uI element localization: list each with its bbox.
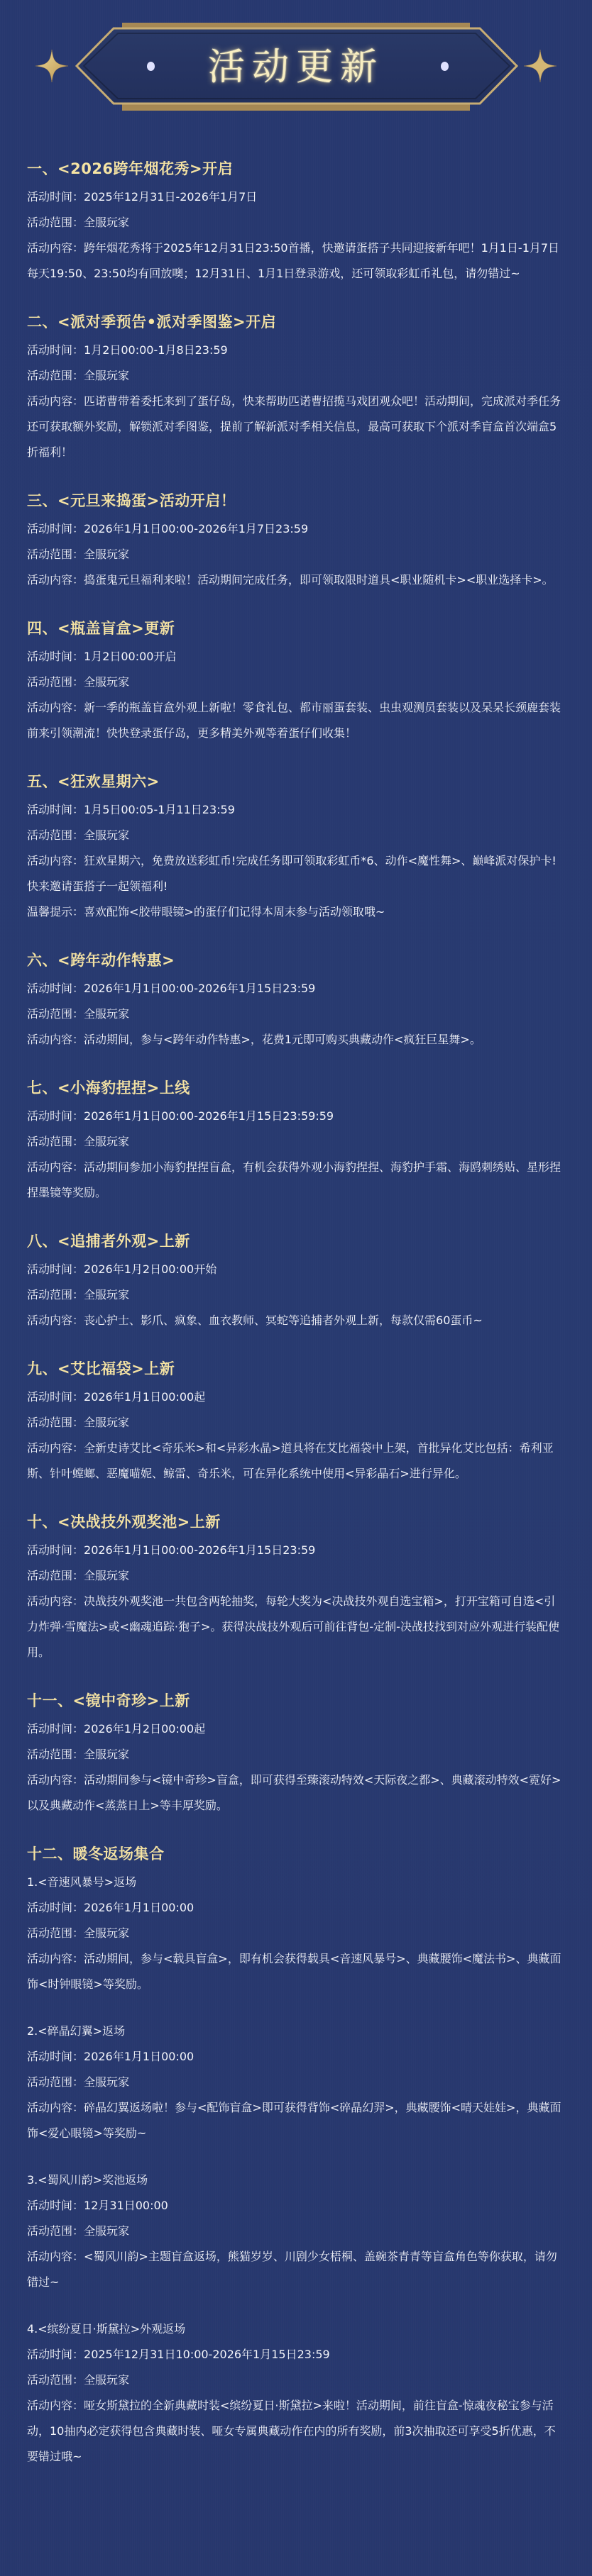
time-label: 活动时间：: [27, 2348, 84, 2361]
time-value: 1月5日00:05-1月11日23:59: [84, 803, 235, 816]
return-item-title: 3.<蜀风川韵>奖池返场: [27, 2167, 565, 2193]
scope-label: 活动范围：: [27, 2075, 84, 2089]
content-label: 活动内容：: [27, 854, 84, 867]
scope-row: 活动范围：全服玩家: [27, 2367, 565, 2393]
section-title: 一、<2026跨年烟花秀>开启: [27, 159, 565, 179]
content-value: 全新史诗艾比<奇乐米>和<异彩水晶>道具将在艾比福袋中上架，首批异化艾比包括：希…: [27, 1441, 554, 1480]
scope-row: 活动范围：全服玩家: [27, 1563, 565, 1589]
content-row: 活动内容：活动期间参与<镜中奇珍>盲盒，即可获得至臻滚动特效<天际夜之都>、典藏…: [27, 1767, 565, 1819]
time-row: 活动时间：2026年1月1日00:00-2026年1月15日23:59: [27, 976, 565, 1001]
scope-label: 活动范围：: [27, 1569, 84, 1582]
section-carnival-saturday: 五、<狂欢星期六> 活动时间：1月5日00:05-1月11日23:59 活动范围…: [27, 772, 565, 925]
section-title: 五、<狂欢星期六>: [27, 772, 565, 792]
section-title: 七、<小海豹捏捏>上线: [27, 1078, 565, 1098]
content-value: 活动期间，参与<跨年动作特惠>，花费1元即可购买典藏动作<疯狂巨星舞>。: [84, 1033, 481, 1046]
time-row: 活动时间：2025年12月31日-2026年1月7日: [27, 184, 565, 210]
content-label: 活动内容：: [27, 1160, 84, 1174]
time-value: 12月31日00:00: [84, 2199, 168, 2212]
content-row: 活动内容：哑女斯黛拉的全新典藏时装<缤纷夏日·斯黛拉>来啦！活动期间，前往盲盒-…: [27, 2393, 565, 2470]
section-new-year-emote-sale: 六、<跨年动作特惠> 活动时间：2026年1月1日00:00-2026年1月15…: [27, 950, 565, 1053]
content-value: 碎晶幻翼返场啦！参与<配饰盲盒>即可获得背饰<碎晶幻羿>，典藏腰饰<晴天娃娃>，…: [27, 2101, 561, 2140]
content-label: 活动内容：: [27, 1952, 84, 1965]
content-label: 活动内容：: [27, 394, 84, 408]
scope-label: 活动范围：: [27, 1416, 84, 1429]
content-row: 活动内容：新一季的瓶盖盲盒外观上新啦！零食礼包、都市丽蛋套装、虫虫观测员套装以及…: [27, 695, 565, 746]
time-row: 活动时间：12月31日00:00: [27, 2193, 565, 2219]
time-label: 活动时间：: [27, 803, 84, 816]
scope-value: 全服玩家: [84, 2373, 129, 2387]
scope-value: 全服玩家: [84, 2224, 129, 2238]
content-label: 活动内容：: [27, 1773, 84, 1787]
time-label: 活动时间：: [27, 2199, 84, 2212]
section-title: 四、<瓶盖盲盒>更新: [27, 618, 565, 638]
section-fireworks: 一、<2026跨年烟花秀>开启 活动时间：2025年12月31日-2026年1月…: [27, 159, 565, 287]
section-party-season: 二、<派对季预告•派对季图鉴>开启 活动时间：1月2日00:00-1月8日23:…: [27, 312, 565, 465]
content-row: 活动内容：跨年烟花秀将于2025年12月31日23:50首播，快邀请蛋搭子共同迎…: [27, 235, 565, 287]
time-value: 1月2日00:00-1月8日23:59: [84, 343, 228, 357]
section-title: 二、<派对季预告•派对季图鉴>开启: [27, 312, 565, 332]
time-row: 活动时间：2026年1月1日00:00-2026年1月7日23:59: [27, 516, 565, 542]
scope-label: 活动范围：: [27, 675, 84, 689]
time-row: 活动时间：1月2日00:00-1月8日23:59: [27, 338, 565, 363]
content-row: 活动内容：决战技外观奖池一共包含两轮抽奖，每轮大奖为<决战技外观自选宝箱>，打开…: [27, 1589, 565, 1665]
time-value: 2026年1月2日00:00起: [84, 1722, 205, 1736]
content-row: 活动内容：活动期间，参与<载具盲盒>，即有机会获得载具<音速风暴号>、典藏腰饰<…: [27, 1946, 565, 1997]
scope-value: 全服玩家: [84, 675, 129, 689]
time-label: 活动时间：: [27, 1543, 84, 1557]
time-value: 2026年1月1日00:00-2026年1月15日23:59:59: [84, 1109, 334, 1123]
return-item-stella: 4.<缤纷夏日·斯黛拉>外观返场 活动时间：2025年12月31日10:00-2…: [27, 2316, 565, 2470]
scope-row: 活动范围：全服玩家: [27, 823, 565, 848]
scope-label: 活动范围：: [27, 1288, 84, 1301]
section-bottlecap-blindbox: 四、<瓶盖盲盒>更新 活动时间：1月2日00:00开启 活动范围：全服玩家 活动…: [27, 618, 565, 746]
content-row: 活动内容：捣蛋鬼元旦福利来啦！活动期间完成任务，即可领取限时道具<职业随机卡><…: [27, 567, 565, 593]
time-label: 活动时间：: [27, 1262, 84, 1276]
time-row: 活动时间：2026年1月1日00:00-2026年1月15日23:59:59: [27, 1104, 565, 1129]
content-row: 活动内容：全新史诗艾比<奇乐米>和<异彩水晶>道具将在艾比福袋中上架，首批异化艾…: [27, 1436, 565, 1487]
content-label: 活动内容：: [27, 573, 84, 587]
scope-value: 全服玩家: [84, 1748, 129, 1761]
time-row: 活动时间：2026年1月2日00:00开始: [27, 1257, 565, 1282]
scope-value: 全服玩家: [84, 548, 129, 561]
time-value: 2026年1月1日00:00起: [84, 1390, 205, 1404]
scope-row: 活动范围：全服玩家: [27, 1921, 565, 1946]
return-item-shu-style: 3.<蜀风川韵>奖池返场 活动时间：12月31日00:00 活动范围：全服玩家 …: [27, 2167, 565, 2295]
time-row: 活动时间：1月5日00:05-1月11日23:59: [27, 797, 565, 823]
scope-label: 活动范围：: [27, 1135, 84, 1148]
scope-value: 全服玩家: [84, 2075, 129, 2089]
return-item-title: 4.<缤纷夏日·斯黛拉>外观返场: [27, 2316, 565, 2342]
content-label: 活动内容：: [27, 701, 84, 714]
scope-value: 全服玩家: [84, 828, 129, 842]
scope-row: 活动范围：全服玩家: [27, 670, 565, 695]
time-label: 活动时间：: [27, 1722, 84, 1736]
scope-row: 活动范围：全服玩家: [27, 1742, 565, 1767]
scope-label: 活动范围：: [27, 1007, 84, 1021]
time-row: 活动时间：2026年1月1日00:00-2026年1月15日23:59: [27, 1538, 565, 1563]
content-value: 狂欢星期六，免费放送彩虹币!完成任务即可领取彩虹币*6、动作<魔性舞>、巅峰派对…: [27, 854, 557, 893]
section-title: 八、<追捕者外观>上新: [27, 1231, 565, 1251]
section-hunter-skins: 八、<追捕者外观>上新 活动时间：2026年1月2日00:00开始 活动范围：全…: [27, 1231, 565, 1333]
section-winter-returns: 十二、暖冬返场集合 1.<音速风暴号>返场 活动时间：2026年1月1日00:0…: [27, 1844, 565, 2470]
time-row: 活动时间：2026年1月1日00:00: [27, 2044, 565, 2070]
scope-value: 全服玩家: [84, 1135, 129, 1148]
time-label: 活动时间：: [27, 2050, 84, 2063]
time-row: 活动时间：2025年12月31日10:00-2026年1月15日23:59: [27, 2342, 565, 2367]
time-value: 2026年1月1日00:00-2026年1月7日23:59: [84, 522, 308, 535]
time-row: 活动时间：2026年1月2日00:00起: [27, 1716, 565, 1742]
content-row: 活动内容：碎晶幻翼返场啦！参与<配饰盲盒>即可获得背饰<碎晶幻羿>，典藏腰饰<晴…: [27, 2095, 565, 2146]
time-label: 活动时间：: [27, 343, 84, 357]
content-row: 活动内容：匹诺曹带着委托来到了蛋仔岛，快来帮助匹诺曹招揽马戏团观众吧！活动期间，…: [27, 389, 565, 465]
scope-row: 活动范围：全服玩家: [27, 1282, 565, 1308]
content-value: 哑女斯黛拉的全新典藏时装<缤纷夏日·斯黛拉>来啦！活动期间，前往盲盒-惊魂夜秘宝…: [27, 2399, 556, 2463]
return-item-title: 1.<音速风暴号>返场: [27, 1870, 565, 1895]
section-seal-squish: 七、<小海豹捏捏>上线 活动时间：2026年1月1日00:00-2026年1月1…: [27, 1078, 565, 1206]
time-label: 活动时间：: [27, 650, 84, 663]
scope-row: 活动范围：全服玩家: [27, 2219, 565, 2244]
content-label: 活动内容：: [27, 1441, 84, 1455]
section-mirror-treasures: 十一、<镜中奇珍>上新 活动时间：2026年1月2日00:00起 活动范围：全服…: [27, 1691, 565, 1819]
section-new-year-prank: 三、<元旦来捣蛋>活动开启！ 活动时间：2026年1月1日00:00-2026年…: [27, 491, 565, 593]
section-aibi-lucky-bag: 九、<艾比福袋>上新 活动时间：2026年1月1日00:00起 活动范围：全服玩…: [27, 1359, 565, 1487]
content-label: 活动内容：: [27, 2250, 84, 2263]
scope-value: 全服玩家: [84, 1926, 129, 1940]
time-row: 活动时间：1月2日00:00开启: [27, 644, 565, 670]
scope-label: 活动范围：: [27, 2373, 84, 2387]
time-value: 1月2日00:00开启: [84, 650, 176, 663]
section-title: 十一、<镜中奇珍>上新: [27, 1691, 565, 1711]
section-finisher-prize-pool: 十、<决战技外观奖池>上新 活动时间：2026年1月1日00:00-2026年1…: [27, 1512, 565, 1665]
scope-row: 活动范围：全服玩家: [27, 542, 565, 567]
scope-row: 活动范围：全服玩家: [27, 2070, 565, 2095]
time-label: 活动时间：: [27, 522, 84, 535]
content-value: 活动期间参加小海豹捏捏盲盒，有机会获得外观小海豹捏捏、海豹护手霜、海鸥刺绣贴、星…: [27, 1160, 561, 1199]
time-label: 活动时间：: [27, 1109, 84, 1123]
scope-label: 活动范围：: [27, 216, 84, 229]
section-title: 三、<元旦来捣蛋>活动开启！: [27, 491, 565, 511]
content-row: 活动内容：<蜀风川韵>主题盲盒返场，熊猫岁岁、川剧少女梧桐、盖碗茶青青等盲盒角色…: [27, 2244, 565, 2295]
scope-label: 活动范围：: [27, 828, 84, 842]
time-value: 2025年12月31日10:00-2026年1月15日23:59: [84, 2348, 330, 2361]
time-value: 2026年1月1日00:00: [84, 2050, 194, 2063]
tip-label: 温馨提示：: [27, 905, 84, 918]
content-value: 活动期间参与<镜中奇珍>盲盒，即可获得至臻滚动特效<天际夜之都>、典藏滚动特效<…: [27, 1773, 561, 1812]
time-label: 活动时间：: [27, 1901, 84, 1914]
scope-value: 全服玩家: [84, 1569, 129, 1582]
content-value: 活动期间，参与<载具盲盒>，即有机会获得载具<音速风暴号>、典藏腰饰<魔法书>、…: [27, 1952, 561, 1991]
content-label: 活动内容：: [27, 241, 84, 255]
tip-value: 喜欢配饰<胶带眼镜>的蛋仔们记得本周末参与活动领取哦~: [84, 905, 385, 918]
content-value: 新一季的瓶盖盲盒外观上新啦！零食礼包、都市丽蛋套装、虫虫观测员套装以及呆呆长颈鹿…: [27, 701, 561, 740]
time-value: 2026年1月1日00:00-2026年1月15日23:59: [84, 1543, 315, 1557]
banner: 活动更新: [0, 0, 592, 135]
time-value: 2026年1月2日00:00开始: [84, 1262, 216, 1276]
return-item-shattered-wings: 2.<碎晶幻翼>返场 活动时间：2026年1月1日00:00 活动范围：全服玩家…: [27, 2019, 565, 2146]
scope-row: 活动范围：全服玩家: [27, 1001, 565, 1027]
content-label: 活动内容：: [27, 1594, 84, 1608]
section-title: 十二、暖冬返场集合: [27, 1844, 565, 1864]
scope-value: 全服玩家: [84, 1416, 129, 1429]
time-value: 2025年12月31日-2026年1月7日: [84, 190, 257, 204]
content-row: 活动内容：活动期间参加小海豹捏捏盲盒，有机会获得外观小海豹捏捏、海豹护手霜、海鸥…: [27, 1155, 565, 1206]
page-title: 活动更新: [0, 37, 592, 90]
content-value: 捣蛋鬼元旦福利来啦！活动期间完成任务，即可领取限时道具<职业随机卡><职业选择卡…: [84, 573, 554, 587]
scope-label: 活动范围：: [27, 2224, 84, 2238]
time-label: 活动时间：: [27, 1390, 84, 1404]
content-value: <蜀风川韵>主题盲盒返场，熊猫岁岁、川剧少女梧桐、盖碗茶青青等盲盒角色等你获取，…: [27, 2250, 557, 2289]
scope-row: 活动范围：全服玩家: [27, 1410, 565, 1436]
return-item-sonic-storm: 1.<音速风暴号>返场 活动时间：2026年1月1日00:00 活动范围：全服玩…: [27, 1870, 565, 1997]
scope-value: 全服玩家: [84, 216, 129, 229]
scope-row: 活动范围：全服玩家: [27, 1129, 565, 1155]
section-title: 六、<跨年动作特惠>: [27, 950, 565, 970]
scope-row: 活动范围：全服玩家: [27, 210, 565, 235]
content-value: 跨年烟花秀将于2025年12月31日23:50首播，快邀请蛋搭子共同迎接新年吧！…: [27, 241, 559, 280]
time-value: 2026年1月1日00:00: [84, 1901, 194, 1914]
content-value: 匹诺曹带着委托来到了蛋仔岛，快来帮助匹诺曹招揽马戏团观众吧！活动期间，完成派对季…: [27, 394, 561, 459]
time-row: 活动时间：2026年1月1日00:00: [27, 1895, 565, 1921]
content-row: 活动内容：活动期间，参与<跨年动作特惠>，花费1元即可购买典藏动作<疯狂巨星舞>…: [27, 1027, 565, 1053]
content-row: 活动内容：狂欢星期六，免费放送彩虹币!完成任务即可领取彩虹币*6、动作<魔性舞>…: [27, 848, 565, 899]
content-label: 活动内容：: [27, 1033, 84, 1046]
content-value: 决战技外观奖池一共包含两轮抽奖，每轮大奖为<决战技外观自选宝箱>，打开宝箱可自选…: [27, 1594, 559, 1659]
time-value: 2026年1月1日00:00-2026年1月15日23:59: [84, 982, 315, 995]
time-label: 活动时间：: [27, 190, 84, 204]
tip-row: 温馨提示：喜欢配饰<胶带眼镜>的蛋仔们记得本周末参与活动领取哦~: [27, 899, 565, 925]
content-label: 活动内容：: [27, 2101, 84, 2114]
section-title: 十、<决战技外观奖池>上新: [27, 1512, 565, 1532]
scope-value: 全服玩家: [84, 1007, 129, 1021]
section-title: 九、<艾比福袋>上新: [27, 1359, 565, 1379]
return-item-title: 2.<碎晶幻翼>返场: [27, 2019, 565, 2044]
content-row: 活动内容：丧心护士、影爪、疯象、血衣教师、冥蛇等追捕者外观上新，每款仅需60蛋币…: [27, 1308, 565, 1333]
scope-value: 全服玩家: [84, 369, 129, 382]
time-row: 活动时间：2026年1月1日00:00起: [27, 1384, 565, 1410]
scope-label: 活动范围：: [27, 1926, 84, 1940]
content: 一、<2026跨年烟花秀>开启 活动时间：2025年12月31日-2026年1月…: [0, 135, 592, 2524]
scope-value: 全服玩家: [84, 1288, 129, 1301]
scope-label: 活动范围：: [27, 1748, 84, 1761]
scope-row: 活动范围：全服玩家: [27, 363, 565, 389]
content-value: 丧心护士、影爪、疯象、血衣教师、冥蛇等追捕者外观上新，每款仅需60蛋币~: [84, 1314, 483, 1327]
content-label: 活动内容：: [27, 1314, 84, 1327]
content-label: 活动内容：: [27, 2399, 84, 2412]
scope-label: 活动范围：: [27, 548, 84, 561]
time-label: 活动时间：: [27, 982, 84, 995]
scope-label: 活动范围：: [27, 369, 84, 382]
